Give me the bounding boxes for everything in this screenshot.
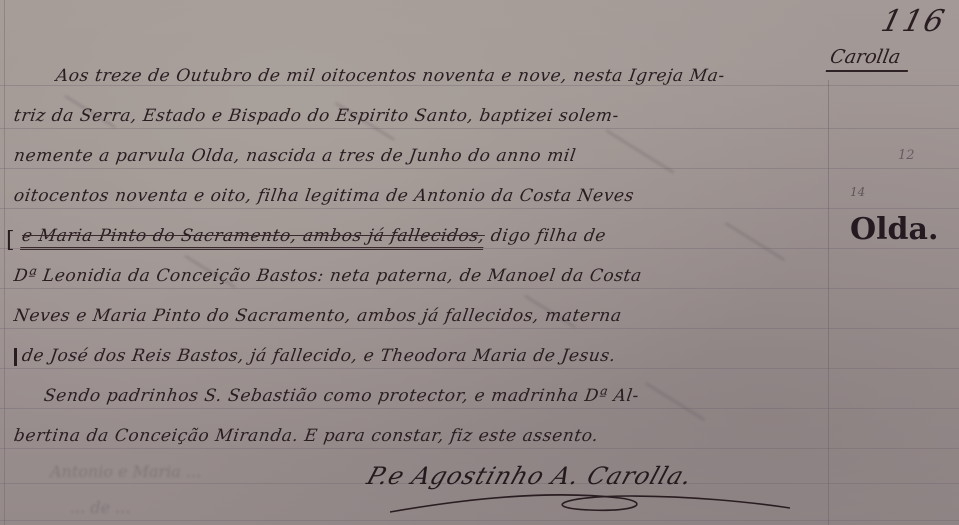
- signature-flourish: [390, 488, 790, 516]
- ruled-line: [0, 208, 959, 209]
- record-line-2: triz da Serra, Estado e Bispado do Espir…: [13, 106, 621, 126]
- ruled-line: [0, 448, 959, 449]
- correction-bracket: [: [6, 228, 15, 253]
- record-line-7: Neves e Maria Pinto do Sacramento, ambos…: [13, 306, 623, 326]
- margin-tick: [14, 348, 17, 366]
- margin-rule: [828, 80, 829, 525]
- record-line-3: nemente a parvula Olda, nascida a tres d…: [13, 146, 578, 166]
- record-line-4: oitocentos noventa e oito, filha legitim…: [13, 186, 636, 206]
- record-line-10: bertina da Conceição Miranda. E para con…: [13, 426, 600, 446]
- entry-number-faint: 12: [898, 148, 915, 163]
- register-page: 116 Carolla 12 14 Olda. Aos treze de Out…: [0, 0, 959, 525]
- record-line-9: Sendo padrinhos S. Sebastião como protec…: [43, 386, 641, 406]
- record-line-6: Dª Leonidia da Conceição Bastos: neta pa…: [13, 266, 644, 286]
- ink-bleed: [645, 382, 706, 422]
- page-edge: [4, 0, 5, 525]
- margin-baptized-name: Olda.: [850, 212, 938, 247]
- ruled-line: [0, 128, 959, 129]
- bleed-through-text: Antonio e Maria ...: [50, 462, 201, 481]
- correction-text: digo filha de: [489, 226, 607, 246]
- record-line-1: Aos treze de Outubro de mil oitocentos n…: [55, 66, 727, 86]
- ruled-line: [0, 408, 959, 409]
- ruled-line: [0, 520, 959, 521]
- struck-text: e Maria Pinto do Sacramento, ambos já fa…: [20, 226, 486, 250]
- priest-signature: P.e Agostinho A. Carolla.: [363, 462, 696, 490]
- ruled-line: [0, 328, 959, 329]
- folio-number: 116: [877, 4, 949, 39]
- parish-name: Carolla: [826, 46, 912, 72]
- bleed-through-text: ... de ...: [70, 498, 130, 517]
- entry-number: 14: [850, 185, 865, 199]
- record-line-8: de José dos Reis Bastos, já fallecido, e…: [21, 346, 618, 366]
- ink-bleed: [725, 222, 786, 262]
- record-line-5: e Maria Pinto do Sacramento, ambos já fa…: [21, 226, 608, 246]
- ruled-line: [0, 368, 959, 369]
- ruled-line: [0, 288, 959, 289]
- ruled-line: [0, 168, 959, 169]
